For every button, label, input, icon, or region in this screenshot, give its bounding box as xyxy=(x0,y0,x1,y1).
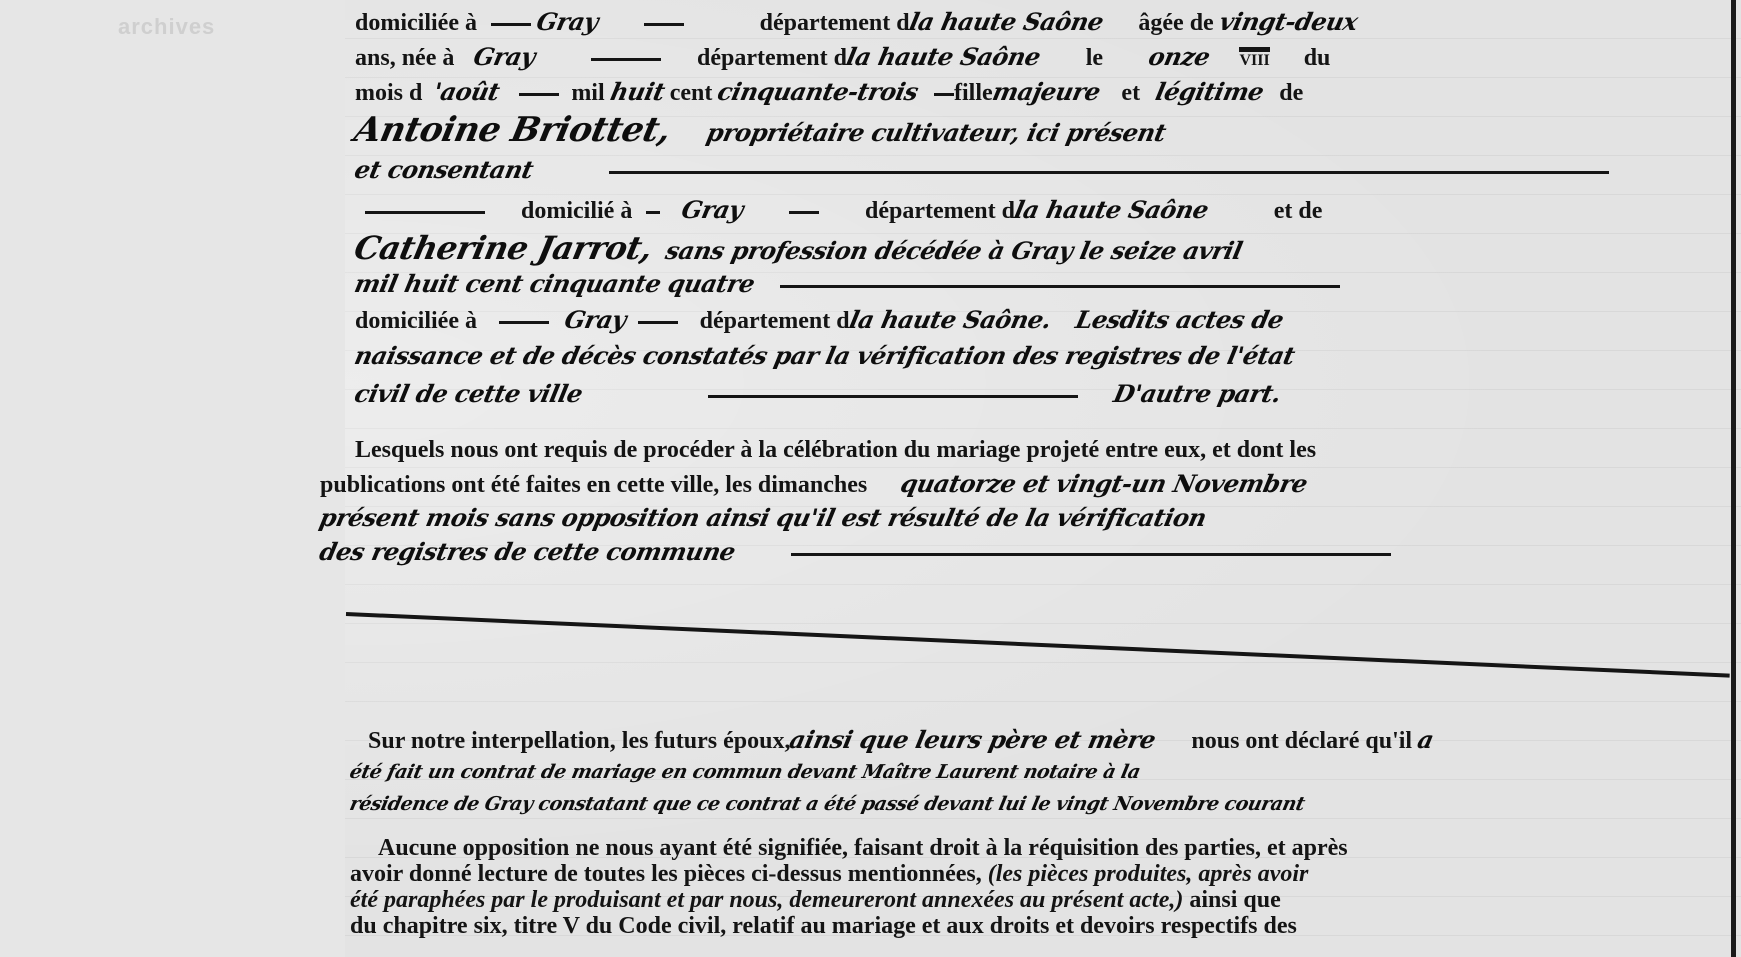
handwritten-entry: Antoine Briottet, xyxy=(350,108,674,152)
form-line-father: Antoine Briottet, propriétaire cultivate… xyxy=(355,108,1705,152)
handwritten-entry: et consentant xyxy=(350,148,537,192)
interpellation-paragraph-line-3: résidence de Gray constatant que ce cont… xyxy=(350,782,1700,826)
document-page: archives domiciliée à Gray département d… xyxy=(0,0,1741,957)
handwritten-entry: D'autre part. xyxy=(1109,372,1285,416)
opposition-paragraph-line-4: du chapitre six, titre V du Code civil, … xyxy=(350,904,1700,948)
handwritten-entry: civil de cette ville xyxy=(350,372,586,416)
archive-watermark: archives xyxy=(118,14,215,40)
handwritten-entry: résidence de Gray constatant que ce cont… xyxy=(345,782,1309,826)
page-border-right xyxy=(1731,0,1736,957)
cancellation-stroke xyxy=(346,612,1730,678)
left-margin: archives xyxy=(0,0,345,957)
form-line-civil-registry: civil de cette ville D'autre part. xyxy=(355,372,1705,416)
handwritten-entry: des registres de cette commune xyxy=(315,530,739,574)
form-line-consent: et consentant xyxy=(355,148,1705,192)
publications-paragraph-line-4: des registres de cette commune xyxy=(320,530,1670,574)
